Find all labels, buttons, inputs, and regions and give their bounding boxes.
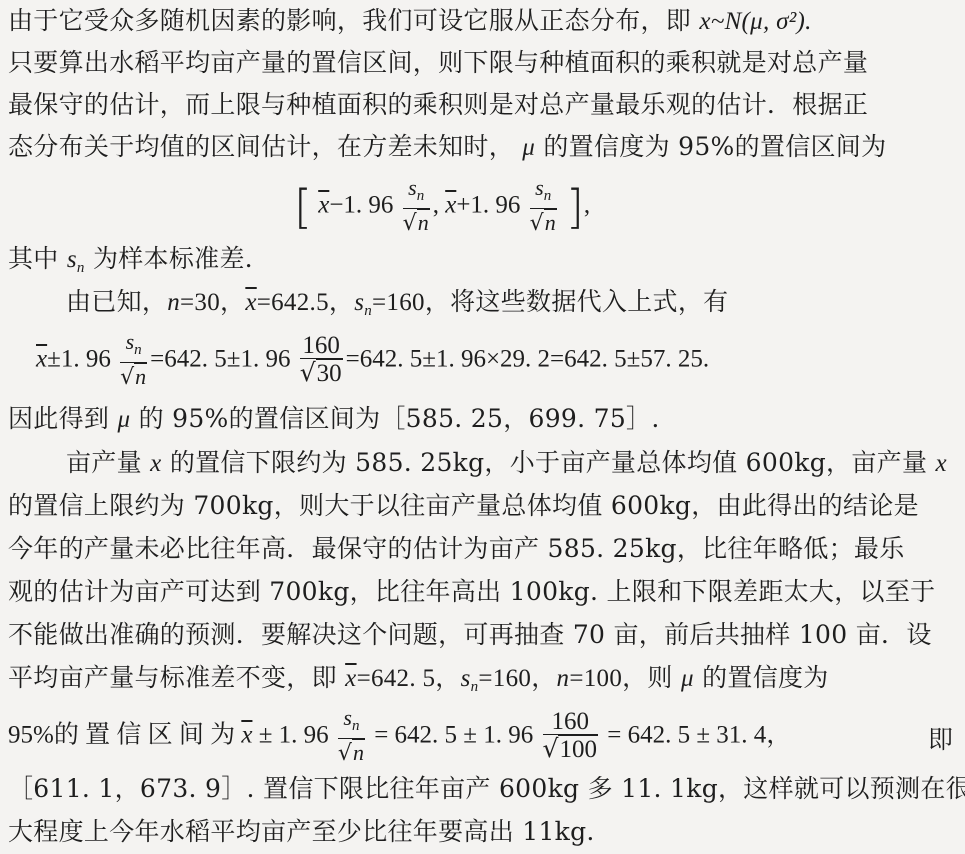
paragraph-line-5: 其中 sn 为样本标准差． <box>8 244 270 283</box>
text: 的置信度为 <box>702 663 829 692</box>
sample-mean-symbol: x <box>445 192 456 219</box>
confidence-interval-formula: [ x−1. 96 sn √n , x+1. 96 sn √n ], <box>294 176 590 238</box>
fraction-sn-over-sqrt-n: sn √n <box>530 176 557 238</box>
subscript-n: n <box>417 188 425 204</box>
minus-term: −1. 96 <box>329 192 393 219</box>
comma: , <box>584 192 590 219</box>
value: =642. 5， <box>357 665 461 692</box>
paragraph-line-11: 观的估计为亩产可达到 700kg，比往年高出 100kg. 上限和下限差距太大，… <box>8 577 935 607</box>
text: 今年的产量未必比往年高．最保守的估计为亩产 585. 25kg，比往年略低；最乐 <box>8 534 905 563</box>
text: 亩产量 <box>66 448 142 477</box>
mu-symbol: μ <box>681 665 694 692</box>
subscript-n: n <box>544 188 552 204</box>
subscript-n: n <box>134 342 142 358</box>
paragraph-line-6: 由已知，n=30，x=642.5，sn=160，将这些数据代入上式，有 <box>66 287 728 326</box>
paragraph-line-7: 因此得到 μ 的 95%的置信区间为［585. 25，699. 75］. <box>8 404 660 435</box>
paragraph-line-1: 由于它受众多随机因素的影响，我们可设它服从正态分布，即 x~N(μ, σ²). <box>8 6 812 37</box>
text: 态分布关于均值的区间估计，在方差未知时， <box>8 132 514 161</box>
s-symbol: s <box>461 665 471 692</box>
left-bracket: [ <box>294 180 312 234</box>
calculation-formula-n100: 95%的 置 信 区 间 为 x ± 1. 96 sn √n = 642. 5 … <box>8 706 953 768</box>
fraction-sn-over-sqrt-n: sn √n <box>338 706 365 768</box>
right-bracket: ] <box>566 180 584 234</box>
n-symbol: n <box>167 289 180 316</box>
fraction-sn-over-sqrt-n: sn √n <box>120 330 147 392</box>
mu-symbol: μ <box>522 134 535 161</box>
text: 由已知， <box>66 287 167 316</box>
x-symbol: x <box>936 450 947 477</box>
calculation-formula-n30: x±1. 96 sn √n =642. 5±1. 96 160 √30 =642… <box>36 330 709 392</box>
sample-mean-symbol: x <box>345 665 356 692</box>
s-symbol: s <box>67 246 77 273</box>
paragraph-line-4: 态分布关于均值的区间估计，在方差未知时， μ 的置信度为 95%的置信区间为 <box>8 132 886 163</box>
s-symbol: s <box>343 705 352 730</box>
equation-result: =642. 5±1. 96×29. 2=642. 5±57. 25. <box>346 346 710 373</box>
n-symbol: n <box>134 363 147 389</box>
s-symbol: s <box>354 289 364 316</box>
text: 只要算出水稻平均亩产量的置信区间，则下限与种植面积的乘积就是对总产量 <box>8 48 868 77</box>
n-symbol: n <box>557 665 570 692</box>
subscript-n: n <box>364 303 372 319</box>
text: 因此得到 <box>8 404 109 433</box>
sqrt-icon: √ <box>120 365 134 390</box>
text: 的置信度为 95%的置信区间为 <box>543 132 886 161</box>
numerator: 160 <box>300 334 343 359</box>
text: 观的估计为亩产可达到 700kg，比往年高出 100kg. 上限和下限差距太大，… <box>8 577 935 606</box>
equation-part: = 642. 5 ± 1. 96 <box>374 722 533 749</box>
value: =30， <box>180 289 245 316</box>
mu-symbol: μ <box>117 406 130 433</box>
value: =160， <box>478 665 556 692</box>
document-page: 由于它受众多随机因素的影响，我们可设它服从正态分布，即 x~N(μ, σ²). … <box>0 0 965 854</box>
text: 的置信下限约为 585. 25kg，小于亩产量总体均值 600kg，亩产量 <box>170 448 927 477</box>
text: 即 <box>928 720 953 756</box>
paragraph-line-2: 只要算出水稻平均亩产量的置信区间，则下限与种植面积的乘积就是对总产量 <box>8 48 868 78</box>
paragraph-line-13: 平均亩产量与标准差不变，即 x=642. 5，sn=160，n=100，则 μ … <box>8 663 829 702</box>
text: ［611. 1，673. 9］. 置信下限比往年亩产 600kg 多 11. 1… <box>8 774 965 803</box>
text: 的 95%的置信区间为［585. 25，699. 75］. <box>139 404 660 433</box>
text: 为样本标准差． <box>93 244 270 273</box>
sqrt-icon: √ <box>403 211 417 236</box>
fraction-160-over-sqrt-100: 160 √100 <box>543 710 598 764</box>
s-symbol: s <box>408 175 417 200</box>
paragraph-line-9: 的置信上限约为 700kg，则大于以往亩产量总体均值 600kg，由此得出的结论… <box>8 491 919 521</box>
sqrt-icon: √ <box>300 358 316 387</box>
text: 其中 <box>8 244 59 273</box>
paragraph-line-15: 大程度上今年水稻平均亩产至少比往年要高出 11kg. <box>8 817 595 847</box>
text: =160，将这些数据代入上式，有 <box>372 289 728 316</box>
normal-distribution-notation: x~N(μ, σ²). <box>699 8 811 35</box>
sample-mean-symbol: x <box>36 346 47 373</box>
sample-mean-symbol: x <box>241 722 252 749</box>
text: 不能做出准确的预测．要解决这个问题，可再抽查 70 亩，前后共抽样 100 亩．… <box>8 620 932 649</box>
plus-term: +1. 96 <box>456 192 520 219</box>
equation-result: = 642. 5 ± 31. 4， <box>607 722 791 749</box>
paragraph-line-10: 今年的产量未必比往年高．最保守的估计为亩产 585. 25kg，比往年略低；最乐 <box>8 534 905 564</box>
sqrt-icon: √ <box>543 734 559 763</box>
paragraph-line-14: ［611. 1，673. 9］. 置信下限比往年亩产 600kg 多 11. 1… <box>8 774 965 804</box>
sample-mean-symbol: x <box>245 289 256 316</box>
subscript-n: n <box>352 718 360 734</box>
s-symbol: s <box>535 175 544 200</box>
x-symbol: x <box>150 450 161 477</box>
paragraph-line-8: 亩产量 x 的置信下限约为 585. 25kg，小于亩产量总体均值 600kg，… <box>66 448 947 479</box>
paragraph-line-12: 不能做出准确的预测．要解决这个问题，可再抽查 70 亩，前后共抽样 100 亩．… <box>8 620 932 650</box>
plus-minus-term: ±1. 96 <box>47 346 111 373</box>
text: 的置信上限约为 700kg，则大于以往亩产量总体均值 600kg，由此得出的结论… <box>8 491 919 520</box>
separator: , <box>433 192 439 219</box>
n-symbol: n <box>352 739 365 765</box>
n-symbol: n <box>417 209 430 235</box>
text: 大程度上今年水稻平均亩产至少比往年要高出 11kg. <box>8 817 595 846</box>
denominator: 30 <box>316 359 343 387</box>
s-symbol: s <box>126 329 135 354</box>
text: 最保守的估计，而上限与种植面积的乘积则是对总产量最乐观的估计．根据正 <box>8 90 868 119</box>
paragraph-line-3: 最保守的估计，而上限与种植面积的乘积则是对总产量最乐观的估计．根据正 <box>8 90 868 120</box>
numerator: 160 <box>543 710 598 735</box>
sqrt-icon: √ <box>530 211 544 236</box>
fraction-sn-over-sqrt-n: sn √n <box>403 176 430 238</box>
sample-mean-symbol: x <box>318 192 329 219</box>
equation-part: =642. 5±1. 96 <box>150 346 290 373</box>
fraction-160-over-sqrt-30: 160 √30 <box>300 334 343 388</box>
sqrt-icon: √ <box>338 741 352 766</box>
text: =100，则 <box>569 665 672 692</box>
text: 由于它受众多随机因素的影响，我们可设它服从正态分布，即 <box>8 6 691 35</box>
plus-minus-term: ± 1. 96 <box>259 722 329 749</box>
text: 平均亩产量与标准差不变，即 <box>8 663 337 692</box>
text: 95%的 置 信 区 间 为 <box>8 722 235 749</box>
value: =642.5， <box>257 289 354 316</box>
subscript-n: n <box>77 260 85 276</box>
denominator: 100 <box>558 735 598 763</box>
n-symbol: n <box>544 209 557 235</box>
